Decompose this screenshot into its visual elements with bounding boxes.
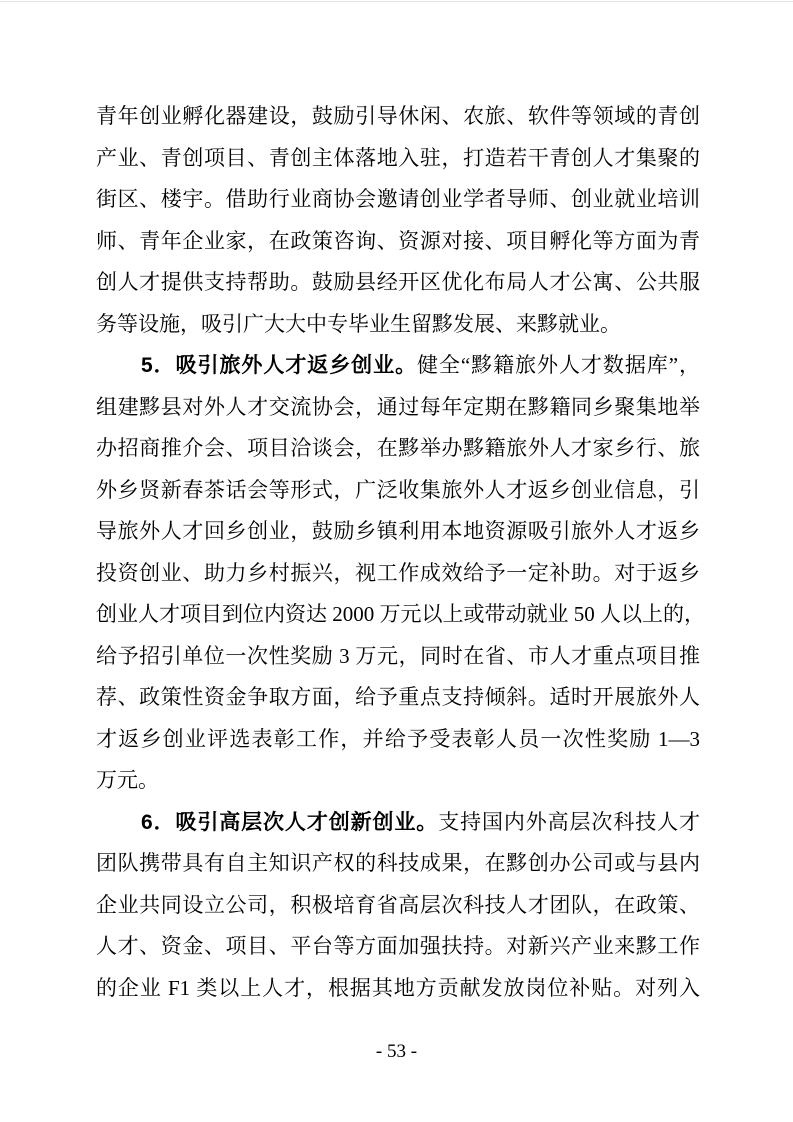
page-number: - 53 -	[376, 1041, 417, 1062]
text-line: 务等设施，吸引广大大中专毕业生留黟发展、来黟就业。	[96, 304, 700, 346]
text-line: 导旅外人才回乡创业，鼓励乡镇利用本地资源吸引旅外人才返乡	[96, 511, 700, 553]
text-line: 街区、楼宇。借助行业商协会邀请创业学者导师、创业就业培训	[96, 179, 700, 221]
text-line: 企业共同设立公司，积极培育省高层次科技人才团队，在政策、	[96, 885, 700, 927]
line-text: 企业共同设立公司，积极培育省高层次科技人才团队，在政策、	[96, 893, 700, 917]
text-line: 团队携带具有自主知识产权的科技成果，在黟创办公司或与县内	[96, 843, 700, 885]
text-line: 才返乡创业评选表彰工作，并给予受表彰人员一次性奖励 1—3	[96, 719, 700, 761]
line-text: 才返乡创业评选表彰工作，并给予受表彰人员一次性奖励 1—3	[96, 727, 700, 751]
text-line: 师、青年企业家，在政策咨询、资源对接、项目孵化等方面为青	[96, 221, 700, 263]
text-line: 5．吸引旅外人才返乡创业。健全“黟籍旅外人才数据库”，	[96, 345, 700, 387]
line-text: 支持国内外高层次科技人才	[438, 810, 700, 834]
document-page: 青年创业孵化器建设，鼓励引导休闲、农旅、软件等领域的青创 产业、青创项目、青创主…	[0, 0, 793, 1122]
line-text: 投资创业、助力乡村振兴，视工作成效给予一定补助。对于返乡	[96, 561, 700, 585]
page-footer: - 53 -	[0, 1041, 793, 1063]
line-text: 师、青年企业家，在政策咨询、资源对接、项目孵化等方面为青	[96, 229, 700, 253]
line-text: 务等设施，吸引广大大中专毕业生留黟发展、来黟就业。	[96, 312, 621, 336]
line-text: 办招商推介会、项目洽谈会，在黟举办黟籍旅外人才家乡行、旅	[96, 436, 700, 460]
text-line: 投资创业、助力乡村振兴，视工作成效给予一定补助。对于返乡	[96, 553, 700, 595]
line-text: 给予招引单位一次性奖励 3 万元，同时在省、市人才重点项目推	[96, 644, 700, 668]
text-line: 万元。	[96, 760, 700, 802]
line-text: 万元。	[96, 768, 159, 792]
text-line: 人才、资金、项目、平台等方面加强扶持。对新兴产业来黟工作	[96, 926, 700, 968]
line-text: 产业、青创项目、青创主体落地入驻，打造若干青创人才集聚的	[96, 146, 700, 170]
line-text: 荐、政策性资金争取方面，给予重点支持倾斜。适时开展旅外人	[96, 685, 700, 709]
line-text: 健全“黟籍旅外人才数据库”，	[417, 353, 700, 377]
page-top-edge	[0, 1, 793, 2]
text-line: 6．吸引高层次人才创新创业。支持国内外高层次科技人才	[96, 802, 700, 844]
line-text: 组建黟县对外人才交流协会，通过每年定期在黟籍同乡聚集地举	[96, 395, 700, 419]
item-5-heading: 5．吸引旅外人才返乡创业。	[141, 354, 417, 377]
text-line: 给予招引单位一次性奖励 3 万元，同时在省、市人才重点项目推	[96, 636, 700, 678]
text-line: 产业、青创项目、青创主体落地入驻，打造若干青创人才集聚的	[96, 138, 700, 180]
line-text: 创人才提供支持帮助。鼓励县经开区优化布局人才公寓、公共服	[96, 270, 700, 294]
text-line: 组建黟县对外人才交流协会，通过每年定期在黟籍同乡聚集地举	[96, 387, 700, 429]
line-text: 的企业 F1 类以上人才，根据其地方贡献发放岗位补贴。对列入	[96, 976, 700, 1000]
line-text: 青年创业孵化器建设，鼓励引导休闲、农旅、软件等领域的青创	[96, 104, 700, 128]
text-line: 创人才提供支持帮助。鼓励县经开区优化布局人才公寓、公共服	[96, 262, 700, 304]
item-6-heading: 6．吸引高层次人才创新创业。	[141, 811, 438, 834]
text-line: 创业人才项目到位内资达 2000 万元以上或带动就业 50 人以上的，	[96, 594, 700, 636]
line-text: 导旅外人才回乡创业，鼓励乡镇利用本地资源吸引旅外人才返乡	[96, 519, 700, 543]
text-line: 办招商推介会、项目洽谈会，在黟举办黟籍旅外人才家乡行、旅	[96, 428, 700, 470]
line-text: 人才、资金、项目、平台等方面加强扶持。对新兴产业来黟工作	[96, 934, 700, 958]
line-text: 外乡贤新春茶话会等形式，广泛收集旅外人才返乡创业信息，引	[96, 478, 700, 502]
text-line: 青年创业孵化器建设，鼓励引导休闲、农旅、软件等领域的青创	[96, 96, 700, 138]
line-text: 创业人才项目到位内资达 2000 万元以上或带动就业 50 人以上的，	[96, 602, 705, 626]
text-line: 外乡贤新春茶话会等形式，广泛收集旅外人才返乡创业信息，引	[96, 470, 700, 512]
line-text: 团队携带具有自主知识产权的科技成果，在黟创办公司或与县内	[96, 851, 700, 875]
line-text: 街区、楼宇。借助行业商协会邀请创业学者导师、创业就业培训	[96, 187, 700, 211]
text-line: 的企业 F1 类以上人才，根据其地方贡献发放岗位补贴。对列入	[96, 968, 700, 1010]
text-line: 荐、政策性资金争取方面，给予重点支持倾斜。适时开展旅外人	[96, 677, 700, 719]
document-body: 青年创业孵化器建设，鼓励引导休闲、农旅、软件等领域的青创 产业、青创项目、青创主…	[96, 96, 700, 1009]
